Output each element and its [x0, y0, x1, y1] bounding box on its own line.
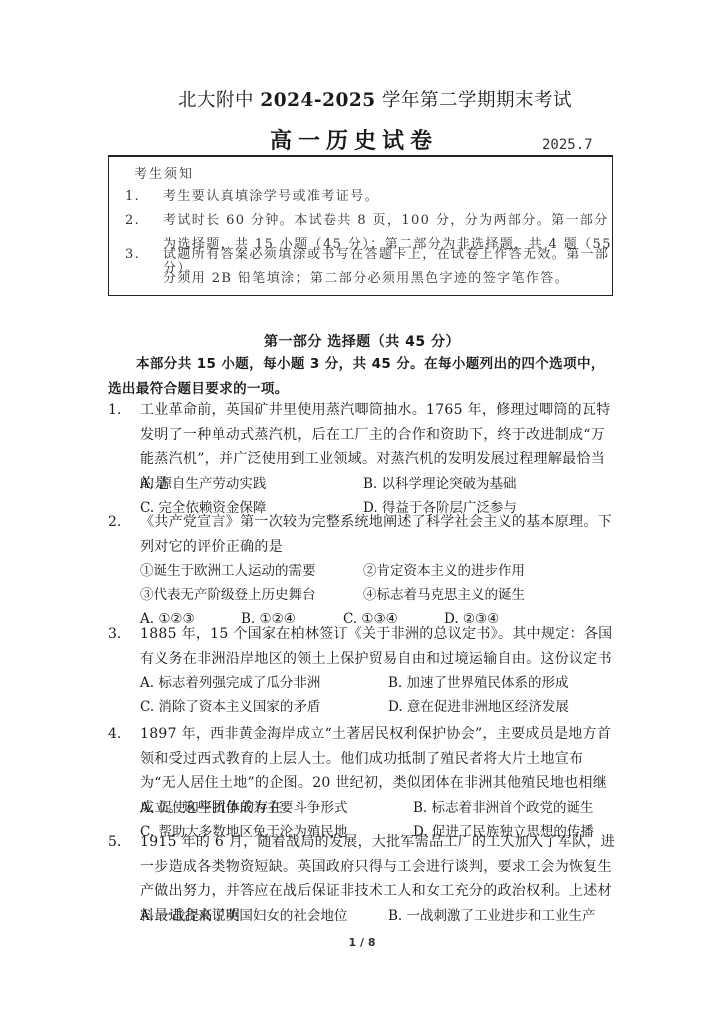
question-2: 2. 《共产党宣言》第一次较为完整系统地阐述了科学社会主义的基本原理。下列对它的…	[108, 510, 618, 620]
notice-item-number: 1.	[125, 185, 155, 209]
school-exam-heading: 北大附中 2024-2025 学年第二学期期末考试	[0, 86, 724, 112]
page-number: 1 / 8	[0, 936, 724, 949]
option-a[interactable]: A. 标志着列强完成了瓜分非洲	[140, 671, 320, 696]
notice-item-number: 2.	[125, 209, 155, 233]
statement-2: ②肯定资本主义的进步作用	[363, 559, 525, 584]
exam-title: 高一历史试卷	[270, 124, 438, 155]
option-d[interactable]: D. 意在促进非洲地区经济发展	[388, 695, 569, 720]
term-exam-label: 学年第二学期期末考试	[382, 90, 572, 111]
option-a[interactable]: A. 促使和平抗争成为主要斗争形式	[140, 796, 347, 821]
notice-item-number: 3.	[125, 243, 155, 267]
option-c[interactable]: C. 消除了资本主义国家的矛盾	[140, 695, 320, 720]
question-number: 3.	[108, 622, 121, 647]
statement-3: ③代表无产阶级登上历史舞台	[140, 583, 316, 608]
option-b[interactable]: B. 标志着非洲首个政党的诞生	[413, 796, 594, 821]
statement-4: ④标志着马克思主义的诞生	[363, 583, 525, 608]
exam-notice-box: 考生须知 1. 考生要认真填涂学号或准考证号。 2. 考试时长 60 分钟。本试…	[108, 155, 613, 296]
notice-title: 考生须知	[134, 163, 194, 182]
question-stem: 《共产党宣言》第一次较为完整系统地阐述了科学社会主义的基本原理。下列对它的评价正…	[140, 510, 618, 559]
option-b[interactable]: B. 一战刺激了工业进步和工业生产	[388, 904, 596, 929]
question-number: 5.	[108, 830, 121, 855]
option-a[interactable]: A. 一战提高了英国妇女的社会地位	[140, 904, 347, 929]
option-b[interactable]: B. 以科学理论突破为基础	[363, 472, 517, 497]
question-number: 4.	[108, 722, 121, 747]
question-1: 1. 工业革命前，英国矿井里使用蒸汽唧筒抽水。1765 年，修理过唧筒的瓦特发明…	[108, 398, 618, 508]
section-instructions: 本部分共 15 小题，每小题 3 分，共 45 分。在每小题列出的四个选项中，选…	[108, 352, 616, 402]
question-3: 3. 1885 年，15 个国家在柏林签订《关于非洲的总议定书》。其中规定：各国…	[108, 622, 618, 722]
question-stem: 1885 年，15 个国家在柏林签订《关于非洲的总议定书》。其中规定：各国有义务…	[140, 622, 618, 671]
question-number: 1.	[108, 398, 121, 423]
notice-item-text: 考生要认真填涂学号或准考证号。	[163, 185, 613, 209]
notice-item-text: 试题所有答案必须填涂或书写在答题卡上，在试卷上作答无效。第一部分须用 2B 铅笔…	[163, 243, 613, 291]
option-a[interactable]: A. 源自生产劳动实践	[140, 472, 266, 497]
exam-date: 2025.7	[542, 137, 593, 153]
section-title: 第一部分 选择题（共 45 分）	[0, 331, 724, 351]
school-year: 2024-2025	[260, 90, 375, 111]
option-b[interactable]: B. 加速了世界殖民体系的形成	[388, 671, 569, 696]
school-name: 北大附中	[178, 90, 254, 111]
question-5: 5. 1915 年的 6 月，随着战局的发展，大批军需品工厂的工人加入了军队，进…	[108, 830, 618, 930]
question-number: 2.	[108, 510, 121, 535]
question-4: 4. 1897 年，西非黄金海岸成立“土著居民权利保护协会”，主要成员是地方首领…	[108, 722, 618, 832]
statement-1: ①诞生于欧洲工人运动的需要	[140, 559, 316, 584]
